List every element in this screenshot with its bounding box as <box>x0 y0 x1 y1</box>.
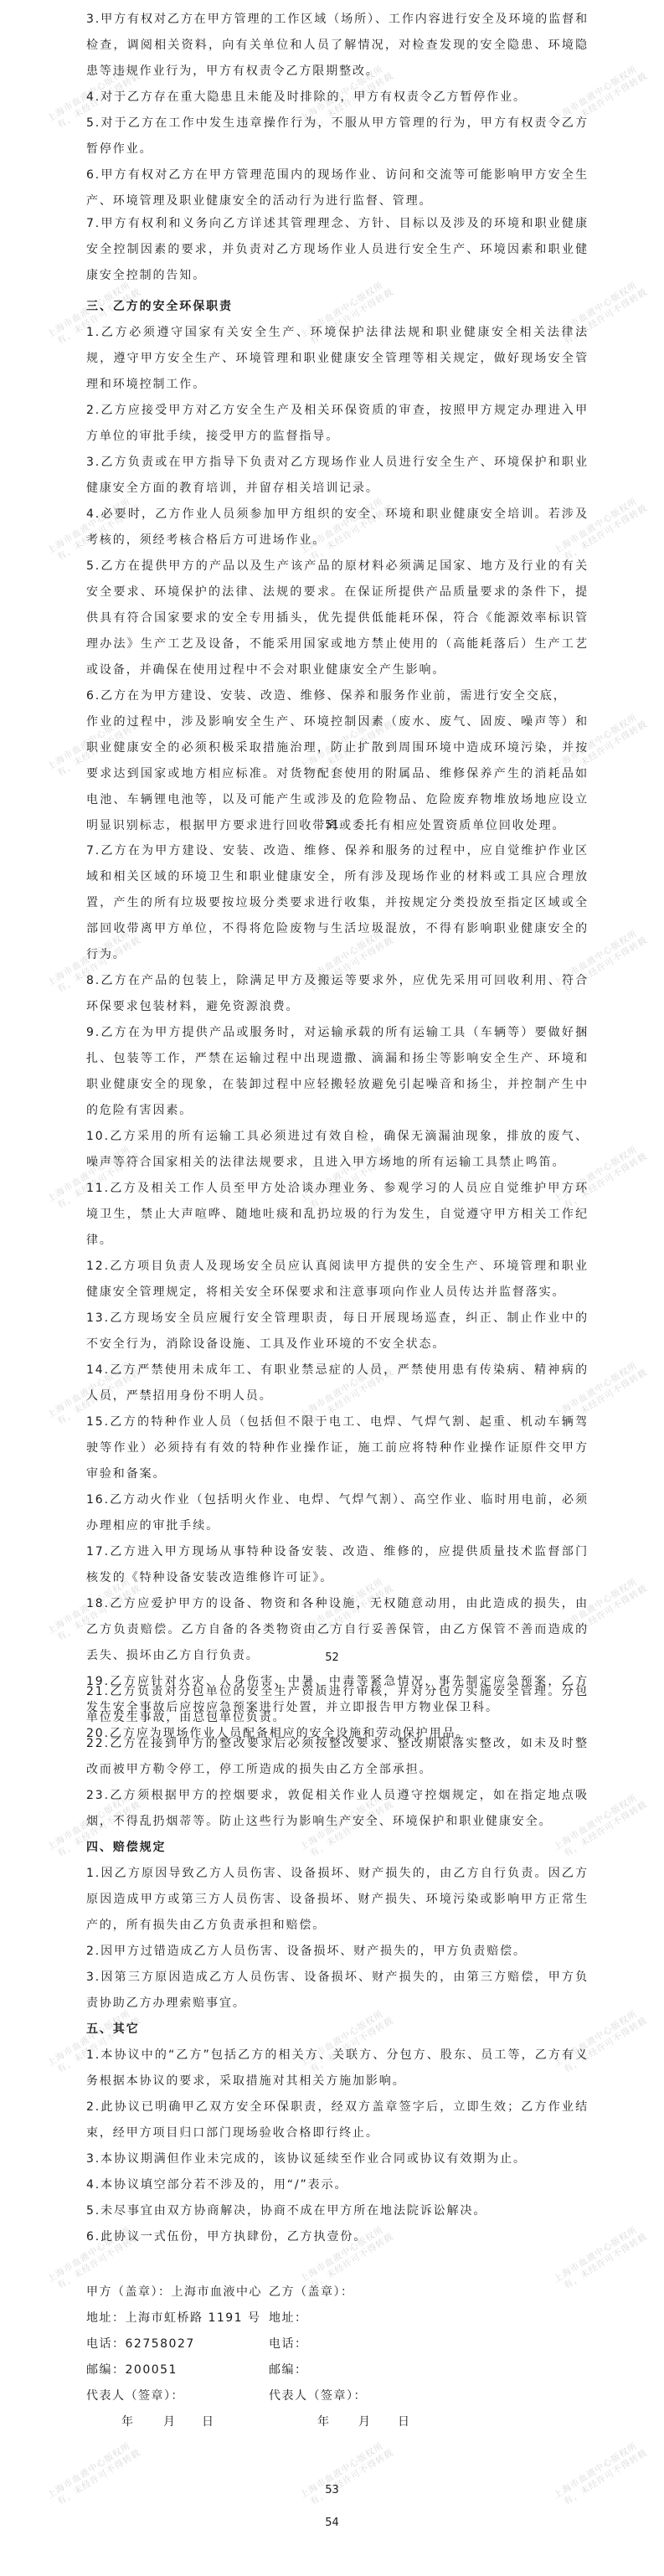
signature-block: 甲方（盖章）：上海市血液中心 乙方（盖章）： 地址：上海市虹桥路 1191 号 … <box>86 2280 589 2435</box>
address-row: 地址：上海市虹桥路 1191 号 地址： <box>86 2306 589 2331</box>
representative-row: 代表人（签章）： 代表人（签章）： <box>86 2383 589 2409</box>
clause-b22: 22.乙方在接到甲方的整改要求后必须按整改要求、整改期限落实整改，如未及时整改而… <box>86 1731 589 1783</box>
party-b-date-year: 年 <box>317 2409 331 2435</box>
party-b-seal: 乙方（盖章）： <box>269 2280 354 2306</box>
party-b-representative: 代表人（签章）： <box>269 2383 367 2409</box>
clause-b3: 3.乙方负责或在甲方指导下负责对乙方现场作业人员进行安全生产、环境保护和职业健康… <box>86 450 589 502</box>
party-a-date-month: 月 <box>163 2409 177 2435</box>
clause-b7: 7.乙方在为甲方建设、安装、改造、维修、保养和服务的过程中，应自觉维护作业区域和… <box>86 838 589 968</box>
party-b-date-day: 日 <box>398 2409 411 2435</box>
clause-c3: 3.因第三方原因造成乙方人员伤害、设备损坏、财产损失的，由第三方赔偿，甲方负责协… <box>86 1965 589 2017</box>
clause-b14: 14.乙方严禁使用未成年工、有职业禁忌症的人员，严禁使用患有传染病、精神病的人员… <box>86 1358 589 1409</box>
party-a-address: 地址：上海市虹桥路 1191 号 <box>86 2306 269 2331</box>
watermark-line-2: 有，未经许可不得转载 <box>304 2434 416 2511</box>
watermark-stamp: 上海市血液中心版权所有，未经许可不得转载 <box>299 2425 417 2511</box>
party-a-date-day: 日 <box>202 2409 215 2435</box>
clause-b11: 11.乙方及相关工作人员至甲方处洽谈办理业务、参观学习的人员应自觉维护甲方环境卫… <box>86 1176 589 1254</box>
clause-a4: 4.对于乙方存在重大隐患且未能及时排除的，甲方有权责令乙方暂停作业。 <box>86 85 589 111</box>
clause-d2: 2.此协议已明确甲乙双方安全环保职责，经双方盖章签字后，立即生效；乙方作业结束，… <box>86 2094 589 2146</box>
page-53: 21.乙方负责对分包单位的安全生产资质进行审核，并对分包方实施安全管理。分包单位… <box>86 1679 589 2250</box>
party-a-seal: 甲方（盖章）：上海市血液中心 <box>86 2280 269 2306</box>
clause-b21: 21.乙方负责对分包单位的安全生产资质进行审核，并对分包方实施安全管理。分包单位… <box>86 1679 589 1731</box>
clause-b4: 4.必要时，乙方作业人员须参加甲方组织的安全、环境和职业健康安全培训。若涉及考核… <box>86 502 589 554</box>
party-b-date-month: 月 <box>358 2409 372 2435</box>
clause-b13: 13.乙方现场安全员应履行安全管理职责，每日开展现场巡查，纠正、制止作业中的不安… <box>86 1306 589 1358</box>
date-row: 年 月 日 年 月 日 <box>86 2409 589 2435</box>
clause-d4: 4.本协议填空部分若不涉及的，用“/”表示。 <box>86 2172 589 2198</box>
clause-b9: 9.乙方在为甲方提供产品或服务时，对运输承载的所有运输工具（车辆等）要做好捆扎、… <box>86 1020 589 1124</box>
page-number-53: 53 <box>0 2484 664 2496</box>
clause-b8: 8.乙方在产品的包装上，除满足甲方及搬运等要求外，应优先采用可回收利用、符合环保… <box>86 968 589 1020</box>
clause-a3: 3.甲方有权对乙方在甲方管理的工作区域（场所）、工作内容进行安全及环境的监督和检… <box>86 7 589 85</box>
clause-b16: 16.乙方动火作业（包括明火作业、电焊、气焊气割）、高空作业、临时用电前，必须办… <box>86 1487 589 1539</box>
page-number-54: 54 <box>0 2517 664 2529</box>
party-b-phone: 电话： <box>269 2331 308 2357</box>
page-52: 7.乙方在为甲方建设、安装、改造、维修、保养和服务的过程中，应自觉维护作业区域和… <box>86 838 589 1747</box>
party-a-representative: 代表人（签章）： <box>86 2383 269 2409</box>
clause-a5: 5.对于乙方在工作中发生违章操作行为，不服从甲方管理的行为，甲方有权责令乙方暂停… <box>86 111 589 162</box>
clause-c2: 2.因甲方过错造成乙方人员伤害、设备损坏、财产损失的，甲方负责赔偿。 <box>86 1939 589 1965</box>
clause-b10: 10.乙方采用的所有运输工具必须进过有效自检，确保无滴漏油现象，排放的废气、噪声… <box>86 1124 589 1176</box>
clause-d6: 6.此协议一式伍份，甲方执肆份，乙方执壹份。 <box>86 2224 589 2250</box>
clause-b6: 6.乙方在为甲方建设、安装、改造、维修、保养和服务作业前，需进行安全交底， <box>86 683 589 709</box>
clause-d5: 5.未尽事宜由双方协商解决，协商不成在甲方所在地法院诉讼解决。 <box>86 2198 589 2224</box>
section-4-heading: 四、赔偿规定 <box>86 1835 589 1861</box>
clause-d1: 1.本协议中的“乙方”包括乙方的相关方、关联方、分包方、股东、员工等，乙方有义务… <box>86 2043 589 2094</box>
clause-d3: 3.本协议期满但作业未完成的，该协议延续至作业合同或协议有效期为止。 <box>86 2146 589 2172</box>
watermark-line-2: 有，未经许可不得转载 <box>558 2434 664 2511</box>
clause-b15: 15.乙方的特种作业人员（包括但不限于电工、电焊、气焊气割、起重、机动车辆驾驶等… <box>86 1409 589 1487</box>
page-51: 3.甲方有权对乙方在甲方管理的工作区域（场所）、工作内容进行安全及环境的监督和检… <box>86 7 589 839</box>
clause-b12: 12.乙方项目负责人及现场安全员应认真阅读甲方提供的安全生产、环境管理和职业健康… <box>86 1254 589 1306</box>
party-b-address: 地址： <box>269 2306 308 2331</box>
party-a-postcode: 邮编：200051 <box>86 2357 269 2383</box>
seal-row: 甲方（盖章）：上海市血液中心 乙方（盖章）： <box>86 2280 589 2306</box>
party-b-postcode: 邮编： <box>269 2357 308 2383</box>
phone-row: 电话：62758027 电话： <box>86 2331 589 2357</box>
clause-a6: 6.甲方有权对乙方在甲方管理范围内的现场作业、访问和交流等可能影响甲方安全生产、… <box>86 162 589 214</box>
party-a-phone: 电话：62758027 <box>86 2331 269 2357</box>
section-5-heading: 五、其它 <box>86 2017 589 2043</box>
clause-b1: 1.乙方必须遵守国家有关安全生产、环境保护法律法规和职业健康安全相关法律法规，遵… <box>86 320 589 398</box>
postcode-row: 邮编：200051 邮编： <box>86 2357 589 2383</box>
watermark-line-2: 有，未经许可不得转载 <box>51 2434 163 2511</box>
clause-b2: 2.乙方应接受甲方对乙方安全生产及相关环保资质的审查，按照甲方规定办理进入甲方单… <box>86 398 589 450</box>
watermark-stamp: 上海市血液中心版权所有，未经许可不得转载 <box>553 2425 664 2511</box>
clause-c1: 1.因乙方原因导致乙方人员伤害、设备损坏、财产损失的，由乙方自行负责。因乙方原因… <box>86 1861 589 1939</box>
page-number-51: 51 <box>0 819 664 832</box>
clause-b17: 17.乙方进入甲方现场从事特种设备安装、改造、维修的，应提供质量技术监督部门核发… <box>86 1539 589 1591</box>
clause-a7: 7.甲方有权利和义务向乙方详述其管理理念、方针、目标以及涉及的环境和职业健康安全… <box>86 211 589 289</box>
clause-b23: 23.乙方须根据甲方的控烟要求，敦促相关作业人员遵守控烟规定，如在指定地点吸烟，… <box>86 1783 589 1835</box>
page-number-52: 52 <box>0 1651 664 1664</box>
party-a-date-year: 年 <box>121 2409 135 2435</box>
section-3-heading: 三、乙方的安全环保职责 <box>86 294 589 320</box>
clause-b5: 5.乙方在提供甲方的产品以及生产该产品的原材料必须满足国家、地方及行业的有关安全… <box>86 554 589 683</box>
watermark-stamp: 上海市血液中心版权所有，未经许可不得转载 <box>46 2425 164 2511</box>
